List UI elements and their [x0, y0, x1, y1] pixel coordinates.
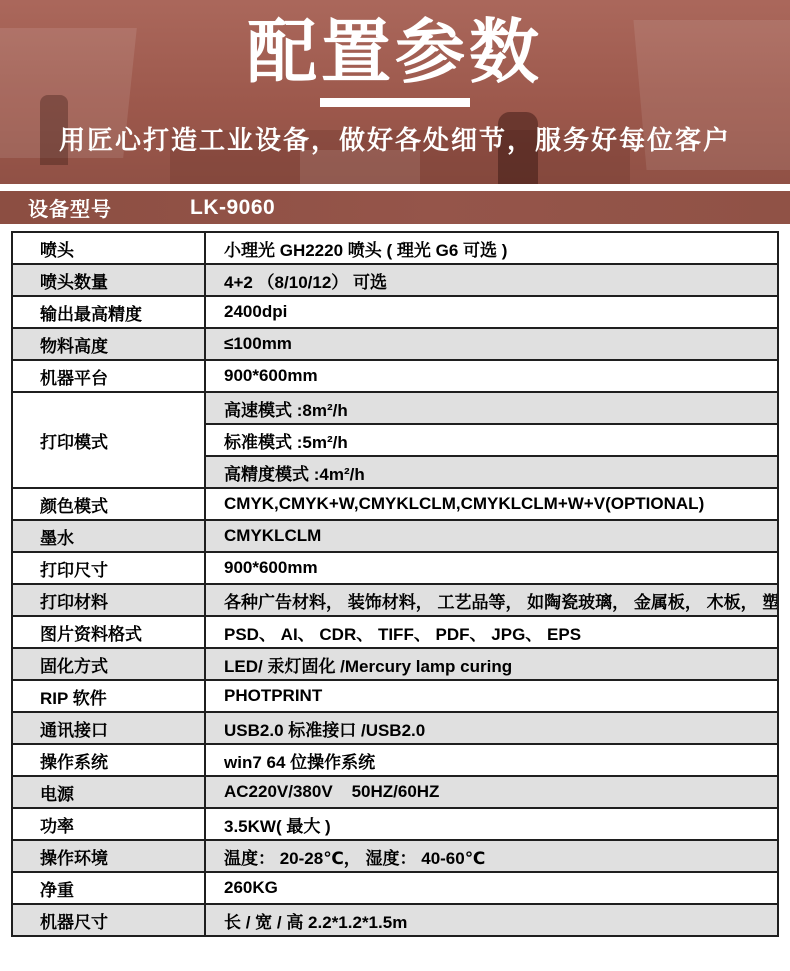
spec-value: PHOTPRINT: [205, 680, 778, 712]
spec-row: 功率3.5KW( 最大 ): [12, 808, 778, 840]
spec-row: 净重260KG: [12, 872, 778, 904]
spec-row: RIP 软件PHOTPRINT: [12, 680, 778, 712]
spec-value: 温度： 20-28℃， 湿度： 40-60℃: [205, 840, 778, 872]
spec-row: 喷头数量4+2 （8/10/12） 可选: [12, 264, 778, 296]
spec-value: CMYK,CMYK+W,CMYKLCLM,CMYKLCLM+W+V(OPTION…: [205, 488, 778, 520]
spec-value: USB2.0 标准接口 /USB2.0: [205, 712, 778, 744]
spec-label: 电源: [12, 776, 205, 808]
spec-value: 4+2 （8/10/12） 可选: [205, 264, 778, 296]
spec-row: 操作系统win7 64 位操作系统: [12, 744, 778, 776]
spec-row: 固化方式LED/ 汞灯固化 /Mercury lamp curing: [12, 648, 778, 680]
spec-row: 打印尺寸900*600mm: [12, 552, 778, 584]
spec-label: 操作环境: [12, 840, 205, 872]
hero-subtitle: 用匠心打造工业设备，做好各处细节，服务好每位客户: [0, 120, 790, 157]
spec-row: 打印材料各种广告材料， 装饰材料， 工艺品等， 如陶瓷玻璃， 金属板， 木板， …: [12, 584, 778, 616]
spec-label: RIP 软件: [12, 680, 205, 712]
spec-value: 小理光 GH2220 喷头 ( 理光 G6 可选 ): [205, 232, 778, 264]
spec-label: 喷头数量: [12, 264, 205, 296]
spec-label: 输出最高精度: [12, 296, 205, 328]
spec-label: 操作系统: [12, 744, 205, 776]
spec-label: 图片资料格式: [12, 616, 205, 648]
spec-label: 打印尺寸: [12, 552, 205, 584]
spec-value: 3.5KW( 最大 ): [205, 808, 778, 840]
spec-row: 墨水CMYKLCLM: [12, 520, 778, 552]
spec-table: 喷头小理光 GH2220 喷头 ( 理光 G6 可选 )喷头数量4+2 （8/1…: [11, 231, 779, 937]
spec-value: CMYKLCLM: [205, 520, 778, 552]
spec-label: 净重: [12, 872, 205, 904]
model-value: LK-9060: [190, 196, 275, 220]
spec-label: 打印模式: [12, 392, 205, 488]
spec-label: 固化方式: [12, 648, 205, 680]
spec-label: 打印材料: [12, 584, 205, 616]
spec-label: 物料高度: [12, 328, 205, 360]
title-underline: [320, 98, 470, 107]
spec-label: 墨水: [12, 520, 205, 552]
spec-value: LED/ 汞灯固化 /Mercury lamp curing: [205, 648, 778, 680]
spec-value: 900*600mm: [205, 360, 778, 392]
spec-sheet-page: 配置参数 用匠心打造工业设备，做好各处细节，服务好每位客户 设备型号 LK-90…: [0, 0, 790, 971]
spec-row: 喷头小理光 GH2220 喷头 ( 理光 G6 可选 ): [12, 232, 778, 264]
spec-row: 操作环境温度： 20-28℃， 湿度： 40-60℃: [12, 840, 778, 872]
spec-value: PSD、 AI、 CDR、 TIFF、 PDF、 JPG、 EPS: [205, 616, 778, 648]
spec-value: 900*600mm: [205, 552, 778, 584]
spec-label: 喷头: [12, 232, 205, 264]
spec-row: 通讯接口USB2.0 标准接口 /USB2.0: [12, 712, 778, 744]
spec-subvalue: 高精度模式 :4m²/h: [205, 456, 778, 488]
spec-row: 颜色模式CMYK,CMYK+W,CMYKLCLM,CMYKLCLM+W+V(OP…: [12, 488, 778, 520]
spec-label: 通讯接口: [12, 712, 205, 744]
spec-value: 各种广告材料， 装饰材料， 工艺品等， 如陶瓷玻璃， 金属板， 木板， 塑料， …: [205, 584, 778, 616]
spec-row: 物料高度≤100mm: [12, 328, 778, 360]
spec-value: 长 / 宽 / 高 2.2*1.2*1.5m: [205, 904, 778, 936]
spec-value: 2400dpi: [205, 296, 778, 328]
spec-row: 输出最高精度2400dpi: [12, 296, 778, 328]
spec-row: 机器尺寸长 / 宽 / 高 2.2*1.2*1.5m: [12, 904, 778, 936]
spec-label: 机器平台: [12, 360, 205, 392]
spec-row: 电源AC220V/380V 50HZ/60HZ: [12, 776, 778, 808]
spec-subvalue: 高速模式 :8m²/h: [205, 392, 778, 424]
spec-label: 功率: [12, 808, 205, 840]
spec-subrow: 打印模式高速模式 :8m²/h: [12, 392, 778, 424]
spec-value: AC220V/380V 50HZ/60HZ: [205, 776, 778, 808]
model-header-band: 设备型号 LK-9060: [0, 191, 790, 224]
model-label: 设备型号: [28, 193, 190, 222]
hero-banner: 配置参数 用匠心打造工业设备，做好各处细节，服务好每位客户: [0, 0, 790, 184]
spec-label: 颜色模式: [12, 488, 205, 520]
spec-value: ≤100mm: [205, 328, 778, 360]
spec-value: 260KG: [205, 872, 778, 904]
spec-label: 机器尺寸: [12, 904, 205, 936]
page-title: 配置参数: [0, 10, 790, 94]
spec-value: win7 64 位操作系统: [205, 744, 778, 776]
spec-row: 图片资料格式PSD、 AI、 CDR、 TIFF、 PDF、 JPG、 EPS: [12, 616, 778, 648]
spec-subvalue: 标准模式 :5m²/h: [205, 424, 778, 456]
spec-row: 机器平台900*600mm: [12, 360, 778, 392]
